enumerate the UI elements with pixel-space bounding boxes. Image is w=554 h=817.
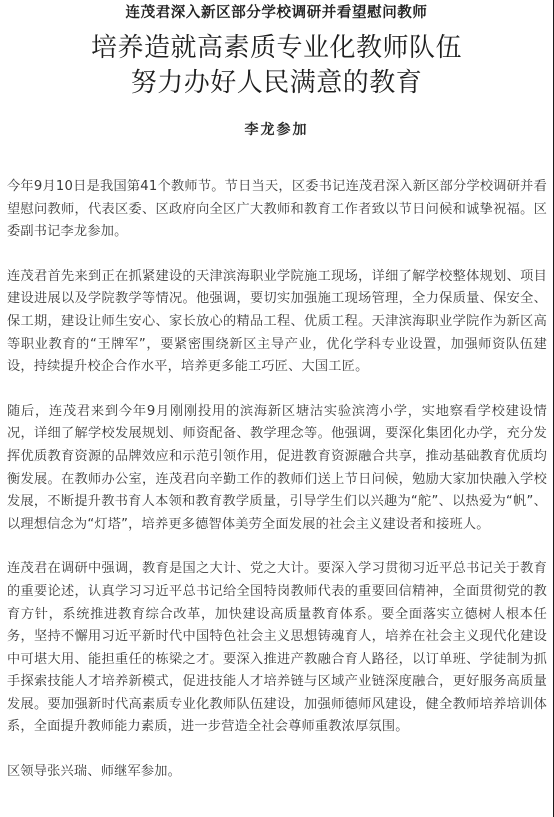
paragraph-emphasis: 连茂君在调研中强调，教育是国之大计、党之大计。要深入学习贯彻习近平总书记关于教育… [7, 558, 547, 739]
article-body: 今年9月10日是我国第41个教师节。节日当天，区委书记连茂君深入新区部分学校调研… [7, 176, 547, 806]
article-kicker: 连茂君深入新区部分学校调研并看望慰问教师 [0, 3, 553, 23]
paragraph-primary-school: 随后，连茂君来到今年9月刚刚投用的滨海新区塘沽实验滨湾小学，实地察看学校建设情况… [7, 401, 547, 537]
paragraph-vocational-college: 连茂君首先来到正在抓紧建设的天津滨海职业学院施工现场，详细了解学校整体规划、项目… [7, 266, 547, 379]
article-byline: 李龙参加 [0, 120, 553, 140]
article-headline-line2: 努力办好人民满意的教育 [0, 66, 553, 100]
article-headline-line1: 培养造就高素质专业化教师队伍 [0, 31, 553, 65]
article-header: 连茂君深入新区部分学校调研并看望慰问教师 培养造就高素质专业化教师队伍 努力办好… [0, 0, 553, 148]
paragraph-attendees: 区领导张兴瑞、师继军参加。 [7, 761, 547, 784]
article-page: 连茂君深入新区部分学校调研并看望慰问教师 培养造就高素质专业化教师队伍 努力办好… [0, 0, 554, 817]
paragraph-intro: 今年9月10日是我国第41个教师节。节日当天，区委书记连茂君深入新区部分学校调研… [7, 176, 547, 244]
